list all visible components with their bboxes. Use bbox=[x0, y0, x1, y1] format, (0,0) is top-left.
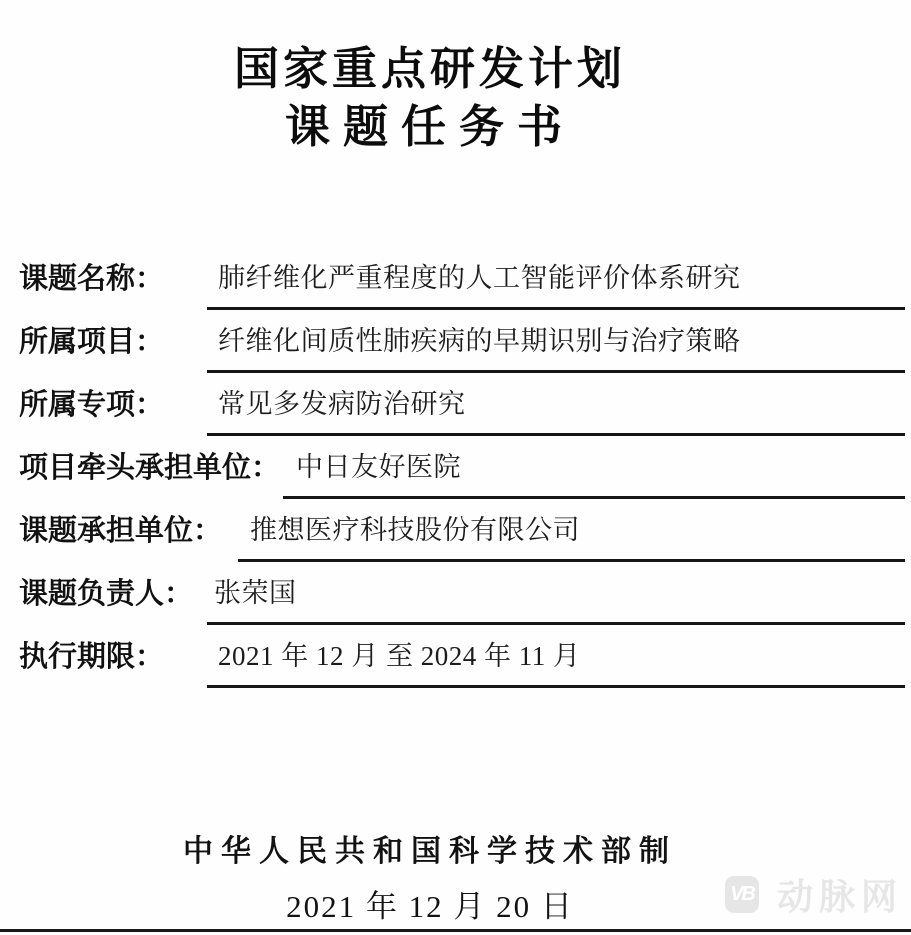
field-row-parent-project: 所属项目： 纤维化间质性肺疾病的早期识别与治疗策略 bbox=[0, 310, 911, 373]
field-value-parent-project: 纤维化间质性肺疾病的早期识别与治疗策略 bbox=[218, 319, 741, 358]
title-line-1: 国家重点研发计划 bbox=[0, 40, 860, 98]
watermark-brand-text: 动脉网 bbox=[777, 869, 903, 920]
field-value-lead-organization: 中日友好医院 bbox=[296, 445, 461, 484]
document-title: 国家重点研发计划 课题任务书 bbox=[0, 40, 860, 156]
fields-section: 课题名称： 肺纤维化严重程度的人工智能评价体系研究 所属项目： 纤维化间质性肺疾… bbox=[0, 247, 911, 688]
field-label-project-name: 课题名称： bbox=[19, 256, 164, 297]
watermark: VB 动脉网 bbox=[725, 869, 903, 920]
field-row-project-leader: 课题负责人： 张荣国 bbox=[0, 562, 911, 625]
vb-logo-icon: VB bbox=[725, 876, 759, 913]
field-underline bbox=[207, 685, 905, 688]
field-row-undertaking-organization: 课题承担单位： 推想医疗科技股份有限公司 bbox=[0, 499, 911, 562]
vb-logo-text: VB bbox=[730, 883, 754, 906]
field-value-project-leader: 张荣国 bbox=[214, 571, 297, 610]
field-value-project-name: 肺纤维化严重程度的人工智能评价体系研究 bbox=[218, 256, 741, 295]
field-row-lead-organization: 项目牵头承担单位： 中日友好医院 bbox=[0, 436, 911, 499]
field-row-project-name: 课题名称： 肺纤维化严重程度的人工智能评价体系研究 bbox=[0, 247, 911, 310]
field-label-project-leader: 课题负责人： bbox=[19, 571, 193, 612]
field-label-lead-organization: 项目牵头承担单位： bbox=[19, 445, 280, 486]
field-label-parent-project: 所属项目： bbox=[19, 319, 164, 360]
field-value-execution-period: 2021 年 12 月 至 2024 年 11 月 bbox=[218, 634, 581, 673]
title-line-2: 课题任务书 bbox=[0, 98, 860, 156]
field-row-special-program: 所属专项： 常见多发病防治研究 bbox=[0, 373, 911, 436]
field-label-execution-period: 执行期限： bbox=[19, 634, 164, 675]
field-value-special-program: 常见多发病防治研究 bbox=[218, 382, 466, 421]
field-label-special-program: 所属专项： bbox=[19, 382, 164, 423]
bottom-border-line bbox=[0, 929, 911, 932]
field-value-undertaking-organization: 推想医疗科技股份有限公司 bbox=[250, 508, 580, 547]
field-row-execution-period: 执行期限： 2021 年 12 月 至 2024 年 11 月 bbox=[0, 625, 911, 688]
field-label-undertaking-organization: 课题承担单位： bbox=[19, 508, 222, 549]
issuer-line: 中华人民共和国科学技术部制 bbox=[0, 826, 860, 870]
document-page: 国家重点研发计划 课题任务书 课题名称： 肺纤维化严重程度的人工智能评价体系研究… bbox=[0, 0, 911, 935]
